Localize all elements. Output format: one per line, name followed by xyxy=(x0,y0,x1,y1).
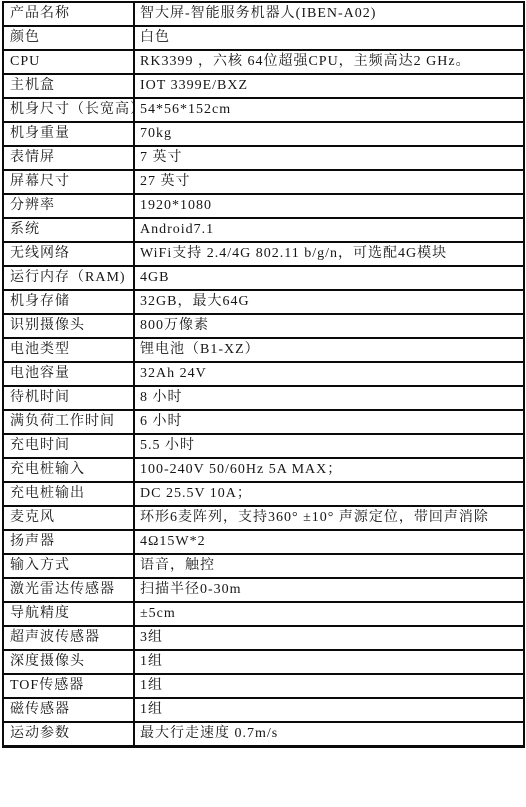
spec-value: 4GB xyxy=(134,266,524,290)
spec-label: 运行内存（RAM) xyxy=(3,266,134,290)
spec-label: 系统 xyxy=(3,218,134,242)
spec-label: 产品名称 xyxy=(3,2,134,26)
spec-value: DC 25.5V 10A； xyxy=(134,482,524,506)
table-row: 产品名称智大屏-智能服务机器人(IBEN-A02) xyxy=(3,2,524,26)
spec-label: 电池容量 xyxy=(3,362,134,386)
spec-label: 表情屏 xyxy=(3,146,134,170)
spec-label: 输入方式 xyxy=(3,554,134,578)
spec-value: 70kg xyxy=(134,122,524,146)
table-row: 系统Android7.1 xyxy=(3,218,524,242)
spec-value: 1920*1080 xyxy=(134,194,524,218)
table-row: 输入方式语音，触控 xyxy=(3,554,524,578)
table-row: 屏幕尺寸27 英寸 xyxy=(3,170,524,194)
spec-table-body: 产品名称智大屏-智能服务机器人(IBEN-A02)颜色白色CPURK3399 ，… xyxy=(3,2,524,747)
spec-value: 语音，触控 xyxy=(134,554,524,578)
spec-label: 充电时间 xyxy=(3,434,134,458)
spec-value: 3组 xyxy=(134,626,524,650)
table-row: 磁传感器1组 xyxy=(3,698,524,722)
spec-label: 扬声器 xyxy=(3,530,134,554)
spec-value: 32Ah 24V xyxy=(134,362,524,386)
spec-label: 识别摄像头 xyxy=(3,314,134,338)
spec-value: 8 小时 xyxy=(134,386,524,410)
spec-label: TOF传感器 xyxy=(3,674,134,698)
table-row: 识别摄像头800万像素 xyxy=(3,314,524,338)
spec-value: 白色 xyxy=(134,26,524,50)
spec-label: CPU xyxy=(3,50,134,74)
table-row: 分辨率1920*1080 xyxy=(3,194,524,218)
spec-value: 1组 xyxy=(134,674,524,698)
table-row: 表情屏7 英寸 xyxy=(3,146,524,170)
spec-value: 7 英寸 xyxy=(134,146,524,170)
spec-value: WiFi支持 2.4/4G 802.11 b/g/n，可选配4G模块 xyxy=(134,242,524,266)
table-row: 麦克风环形6麦阵列，支持360° ±10° 声源定位，带回声消除 xyxy=(3,506,524,530)
spec-sheet-page: 产品名称智大屏-智能服务机器人(IBEN-A02)颜色白色CPURK3399 ，… xyxy=(0,0,526,807)
spec-label: 超声波传感器 xyxy=(3,626,134,650)
spec-value: ±5cm xyxy=(134,602,524,626)
spec-value: 100-240V 50/60Hz 5A MAX； xyxy=(134,458,524,482)
spec-label: 麦克风 xyxy=(3,506,134,530)
spec-label: 深度摄像头 xyxy=(3,650,134,674)
table-row: 超声波传感器3组 xyxy=(3,626,524,650)
spec-value: 4Ω15W*2 xyxy=(134,530,524,554)
spec-label: 机身尺寸（长宽高） xyxy=(3,98,134,122)
table-row: 电池容量32Ah 24V xyxy=(3,362,524,386)
spec-label: 满负荷工作时间 xyxy=(3,410,134,434)
spec-value: 6 小时 xyxy=(134,410,524,434)
spec-label: 机身存储 xyxy=(3,290,134,314)
table-row: 机身重量70kg xyxy=(3,122,524,146)
table-row: 充电桩输出DC 25.5V 10A； xyxy=(3,482,524,506)
spec-value: 800万像素 xyxy=(134,314,524,338)
table-row: 扬声器4Ω15W*2 xyxy=(3,530,524,554)
table-row: 颜色白色 xyxy=(3,26,524,50)
table-row: 主机盒IOT 3399E/BXZ xyxy=(3,74,524,98)
spec-label: 待机时间 xyxy=(3,386,134,410)
spec-value: 锂电池（B1-XZ） xyxy=(134,338,524,362)
spec-value: 54*56*152cm xyxy=(134,98,524,122)
spec-label: 导航精度 xyxy=(3,602,134,626)
product-spec-table: 产品名称智大屏-智能服务机器人(IBEN-A02)颜色白色CPURK3399 ，… xyxy=(2,1,525,748)
spec-label: 无线网络 xyxy=(3,242,134,266)
spec-value: 扫描半径0-30m xyxy=(134,578,524,602)
table-row: 充电桩输入100-240V 50/60Hz 5A MAX； xyxy=(3,458,524,482)
spec-value: IOT 3399E/BXZ xyxy=(134,74,524,98)
table-row: 激光雷达传感器扫描半径0-30m xyxy=(3,578,524,602)
spec-label: 磁传感器 xyxy=(3,698,134,722)
table-row: TOF传感器1组 xyxy=(3,674,524,698)
table-row: 运动参数最大行走速度 0.7m/s xyxy=(3,722,524,747)
spec-value: 最大行走速度 0.7m/s xyxy=(134,722,524,747)
table-row: 电池类型锂电池（B1-XZ） xyxy=(3,338,524,362)
table-row: 待机时间8 小时 xyxy=(3,386,524,410)
spec-label: 机身重量 xyxy=(3,122,134,146)
spec-label: 激光雷达传感器 xyxy=(3,578,134,602)
spec-label: 电池类型 xyxy=(3,338,134,362)
spec-label: 主机盒 xyxy=(3,74,134,98)
spec-label: 充电桩输出 xyxy=(3,482,134,506)
table-row: 运行内存（RAM)4GB xyxy=(3,266,524,290)
spec-label: 分辨率 xyxy=(3,194,134,218)
spec-value: 1组 xyxy=(134,650,524,674)
spec-value: RK3399 ，六核 64位超强CPU，主频高达2 GHz。 xyxy=(134,50,524,74)
spec-value: 智大屏-智能服务机器人(IBEN-A02) xyxy=(134,2,524,26)
spec-value: Android7.1 xyxy=(134,218,524,242)
spec-value: 32GB，最大64G xyxy=(134,290,524,314)
spec-value: 1组 xyxy=(134,698,524,722)
table-row: 满负荷工作时间6 小时 xyxy=(3,410,524,434)
spec-value: 环形6麦阵列，支持360° ±10° 声源定位，带回声消除 xyxy=(134,506,524,530)
spec-value: 5.5 小时 xyxy=(134,434,524,458)
spec-label: 屏幕尺寸 xyxy=(3,170,134,194)
table-row: 充电时间5.5 小时 xyxy=(3,434,524,458)
table-row: 深度摄像头1组 xyxy=(3,650,524,674)
spec-label: 充电桩输入 xyxy=(3,458,134,482)
spec-label: 颜色 xyxy=(3,26,134,50)
table-row: 导航精度±5cm xyxy=(3,602,524,626)
table-row: CPURK3399 ，六核 64位超强CPU，主频高达2 GHz。 xyxy=(3,50,524,74)
table-row: 无线网络WiFi支持 2.4/4G 802.11 b/g/n，可选配4G模块 xyxy=(3,242,524,266)
spec-value: 27 英寸 xyxy=(134,170,524,194)
spec-label: 运动参数 xyxy=(3,722,134,747)
table-row: 机身存储32GB，最大64G xyxy=(3,290,524,314)
table-row: 机身尺寸（长宽高）54*56*152cm xyxy=(3,98,524,122)
